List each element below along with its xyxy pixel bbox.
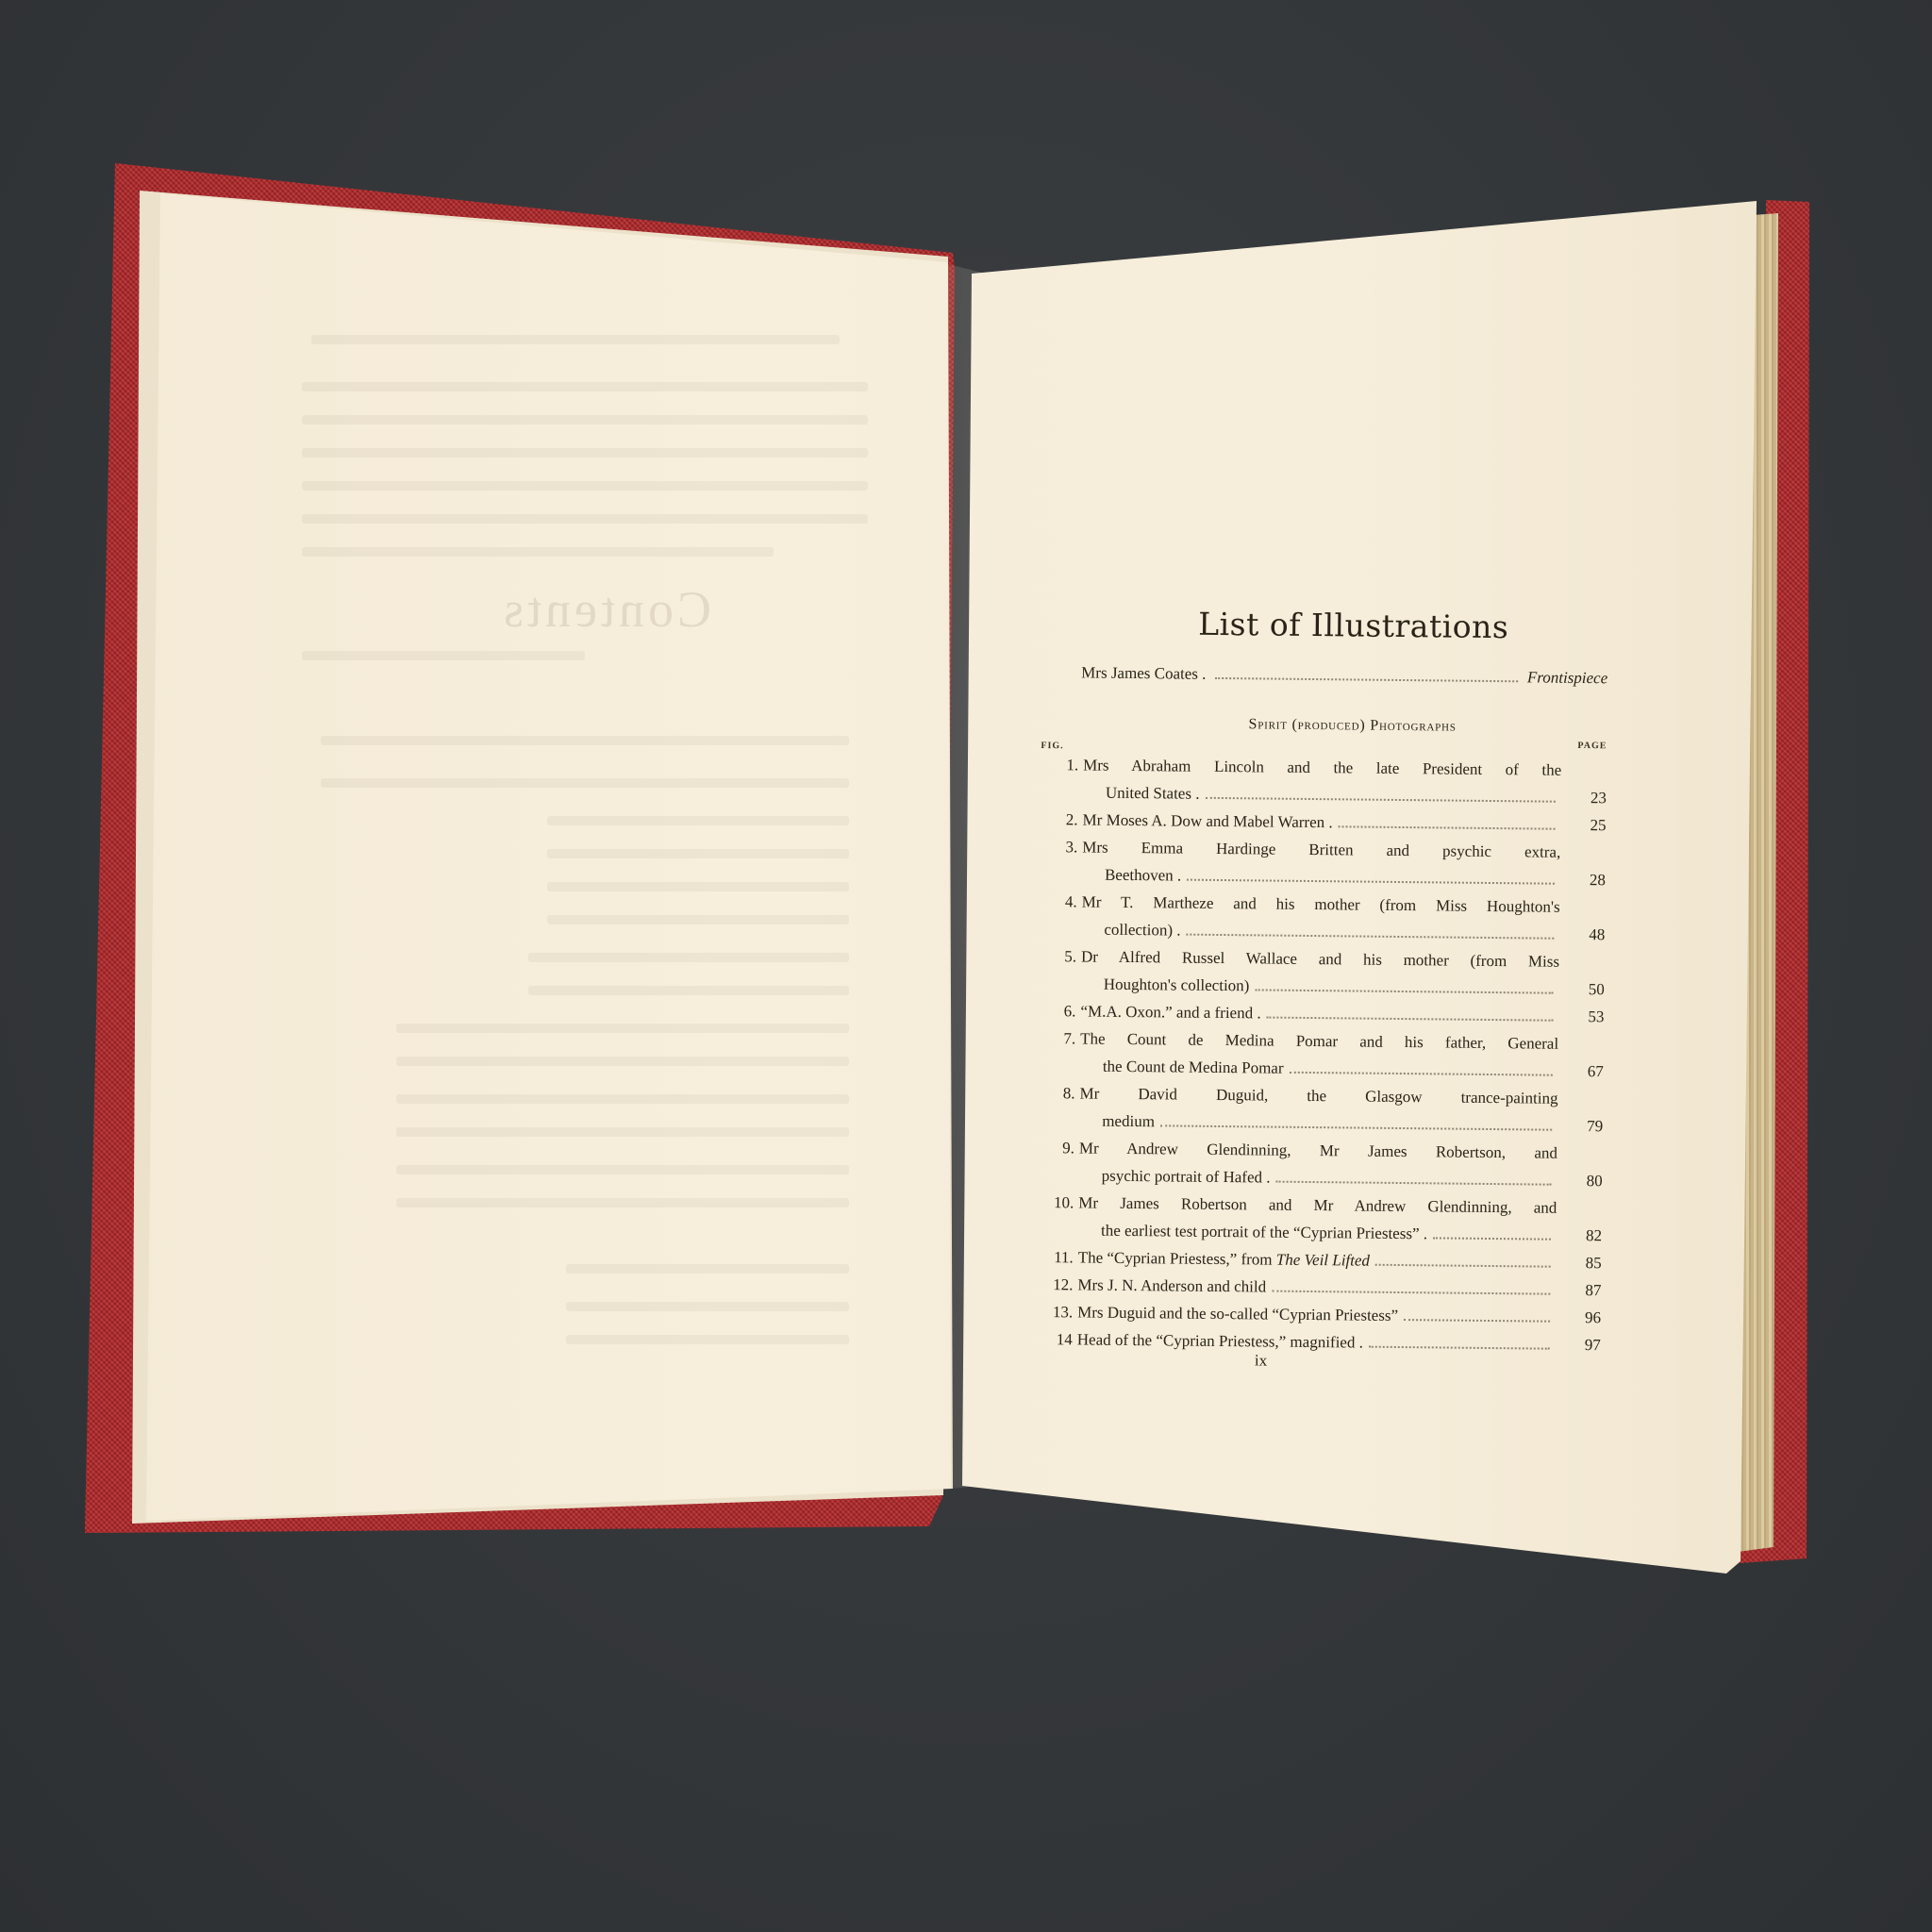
page-number: 85: [1557, 1249, 1602, 1277]
leader-dots: [1375, 1258, 1551, 1268]
leader-dots: [1369, 1341, 1550, 1350]
fig-column-header: FIG.: [1041, 741, 1063, 751]
leader-dots: [1339, 820, 1556, 829]
entry-text: Head of the “Cyprian Priestess,” magnifi…: [1077, 1325, 1363, 1356]
entry-text: the earliest test portrait of the “Cypri…: [1101, 1217, 1427, 1248]
entry-text: United States .: [1106, 779, 1200, 808]
list-of-illustrations: List of Illustrations Mrs James Coates .…: [1035, 604, 1608, 1374]
frontispiece-label: Mrs James Coates .: [1081, 663, 1206, 683]
show-through-line: [396, 1024, 849, 1033]
leader-dots: [1187, 928, 1555, 940]
leader-dots: [1267, 1011, 1554, 1022]
show-through-line: [547, 849, 849, 858]
entry-text: Beethoven .: [1105, 861, 1182, 890]
leader-dots: [1205, 791, 1555, 803]
page-number: 48: [1559, 921, 1605, 949]
frontispiece-entry: Mrs James Coates . Frontispiece: [1081, 663, 1607, 688]
show-through-line: [547, 915, 849, 924]
show-through-line: [302, 448, 868, 458]
fig-number: 13.: [1035, 1298, 1077, 1325]
fig-number: 10.: [1036, 1189, 1079, 1243]
page-number: 50: [1559, 975, 1605, 1004]
show-through-line: [302, 651, 585, 660]
show-through-line: [302, 481, 868, 491]
show-through-line: [566, 1302, 849, 1311]
leader-dots: [1215, 672, 1518, 682]
leader-dots: [1255, 983, 1553, 993]
show-through-line: [528, 953, 849, 962]
page-number: 79: [1557, 1112, 1603, 1141]
page-number: 53: [1558, 1003, 1604, 1031]
page-number: 80: [1557, 1167, 1602, 1195]
illustration-entry: 9. Mr Andrew Glendinning, Mr James Rober…: [1037, 1134, 1604, 1194]
fig-number: 6.: [1038, 997, 1080, 1024]
show-through-line: [566, 1335, 849, 1344]
show-through-line: [547, 816, 849, 825]
fig-number: 11.: [1036, 1243, 1078, 1271]
page-column-header: PAGE: [1577, 741, 1607, 757]
entry-text: “M.A. Oxon.” and a friend .: [1080, 997, 1260, 1026]
leader-dots: [1290, 1066, 1553, 1076]
show-through-line: [302, 514, 868, 524]
page-number: 28: [1560, 866, 1606, 894]
entry-text: Mrs J. N. Anderson and child: [1077, 1271, 1266, 1300]
fig-number: 7.: [1038, 1024, 1081, 1079]
page-number: 25: [1560, 811, 1606, 840]
page-number: 96: [1556, 1304, 1601, 1332]
fig-number: 2.: [1040, 806, 1082, 833]
entry-text: collection) .: [1104, 916, 1181, 944]
entry-text: The “Cyprian Priestess,” from: [1078, 1248, 1276, 1268]
fig-number: 3.: [1040, 833, 1083, 888]
show-through-line: [396, 1094, 849, 1104]
fig-number: 5.: [1039, 942, 1082, 997]
show-through-line: [528, 986, 849, 995]
page-number: 82: [1557, 1222, 1602, 1250]
leader-dots: [1404, 1313, 1550, 1323]
fig-number: 14: [1035, 1325, 1077, 1353]
show-through-line: [302, 547, 774, 557]
page-title: List of Illustrations: [1042, 604, 1608, 646]
show-through-line: [566, 1264, 849, 1274]
entry-text: the Count de Medina Pomar: [1103, 1053, 1284, 1082]
show-through-line: [396, 1165, 849, 1174]
fig-number: 4.: [1039, 888, 1082, 942]
illustration-entry: 5. Dr Alfred Russel Wallace and his moth…: [1039, 942, 1606, 1003]
frontispiece-page: Frontispiece: [1527, 668, 1608, 688]
illustration-entry: 7. The Count de Medina Pomar and his fat…: [1038, 1024, 1605, 1085]
illustration-entry: 4. Mr T. Martheze and his mother (from M…: [1039, 888, 1606, 948]
section-heading: Spirit (produced) Photographs: [1041, 714, 1607, 737]
illustration-entry: 8. Mr David Duguid, the Glasgow trance-p…: [1037, 1079, 1604, 1140]
leader-dots: [1272, 1285, 1550, 1295]
entry-text: Mrs Duguid and the so-called “Cyprian Pr…: [1077, 1298, 1398, 1329]
illustration-entry: 3. Mrs Emma Hardinge Britten and psychic…: [1040, 833, 1607, 893]
fig-number: 8.: [1037, 1079, 1080, 1134]
illustration-entry: 10. Mr James Robertson and Mr Andrew Gle…: [1036, 1189, 1603, 1249]
show-through-title: Contents: [500, 580, 711, 639]
leader-dots: [1433, 1231, 1551, 1240]
entry-text: Houghton's collection): [1104, 971, 1250, 1000]
fig-number: 9.: [1037, 1134, 1080, 1189]
show-through-line: [321, 778, 849, 788]
fig-number: 1.: [1041, 751, 1084, 806]
page-number: 23: [1561, 784, 1607, 812]
page-number: 97: [1556, 1331, 1601, 1359]
page-number: 67: [1558, 1058, 1604, 1086]
leader-dots: [1187, 874, 1555, 885]
show-through-line: [396, 1127, 849, 1137]
entry-text: Mr Moses A. Dow and Mabel Warren .: [1082, 806, 1332, 836]
leader-dots: [1160, 1119, 1552, 1130]
show-through-line: [396, 1057, 849, 1066]
show-through-line: [302, 382, 868, 391]
leader-dots: [1276, 1175, 1552, 1186]
show-through-line: [302, 415, 868, 425]
show-through-line: [311, 335, 840, 344]
page-number: 87: [1556, 1276, 1601, 1305]
illustration-entry: 1. Mrs Abraham Lincoln and the late Pres…: [1041, 751, 1607, 811]
show-through-line: [321, 736, 849, 745]
show-through-line: [547, 882, 849, 891]
entry-text: medium: [1102, 1108, 1155, 1136]
fig-number: 12.: [1035, 1271, 1077, 1298]
show-through-line: [396, 1198, 849, 1207]
entry-book-title: The Veil Lifted: [1276, 1251, 1370, 1270]
entry-text: psychic portrait of Hafed .: [1102, 1162, 1271, 1191]
